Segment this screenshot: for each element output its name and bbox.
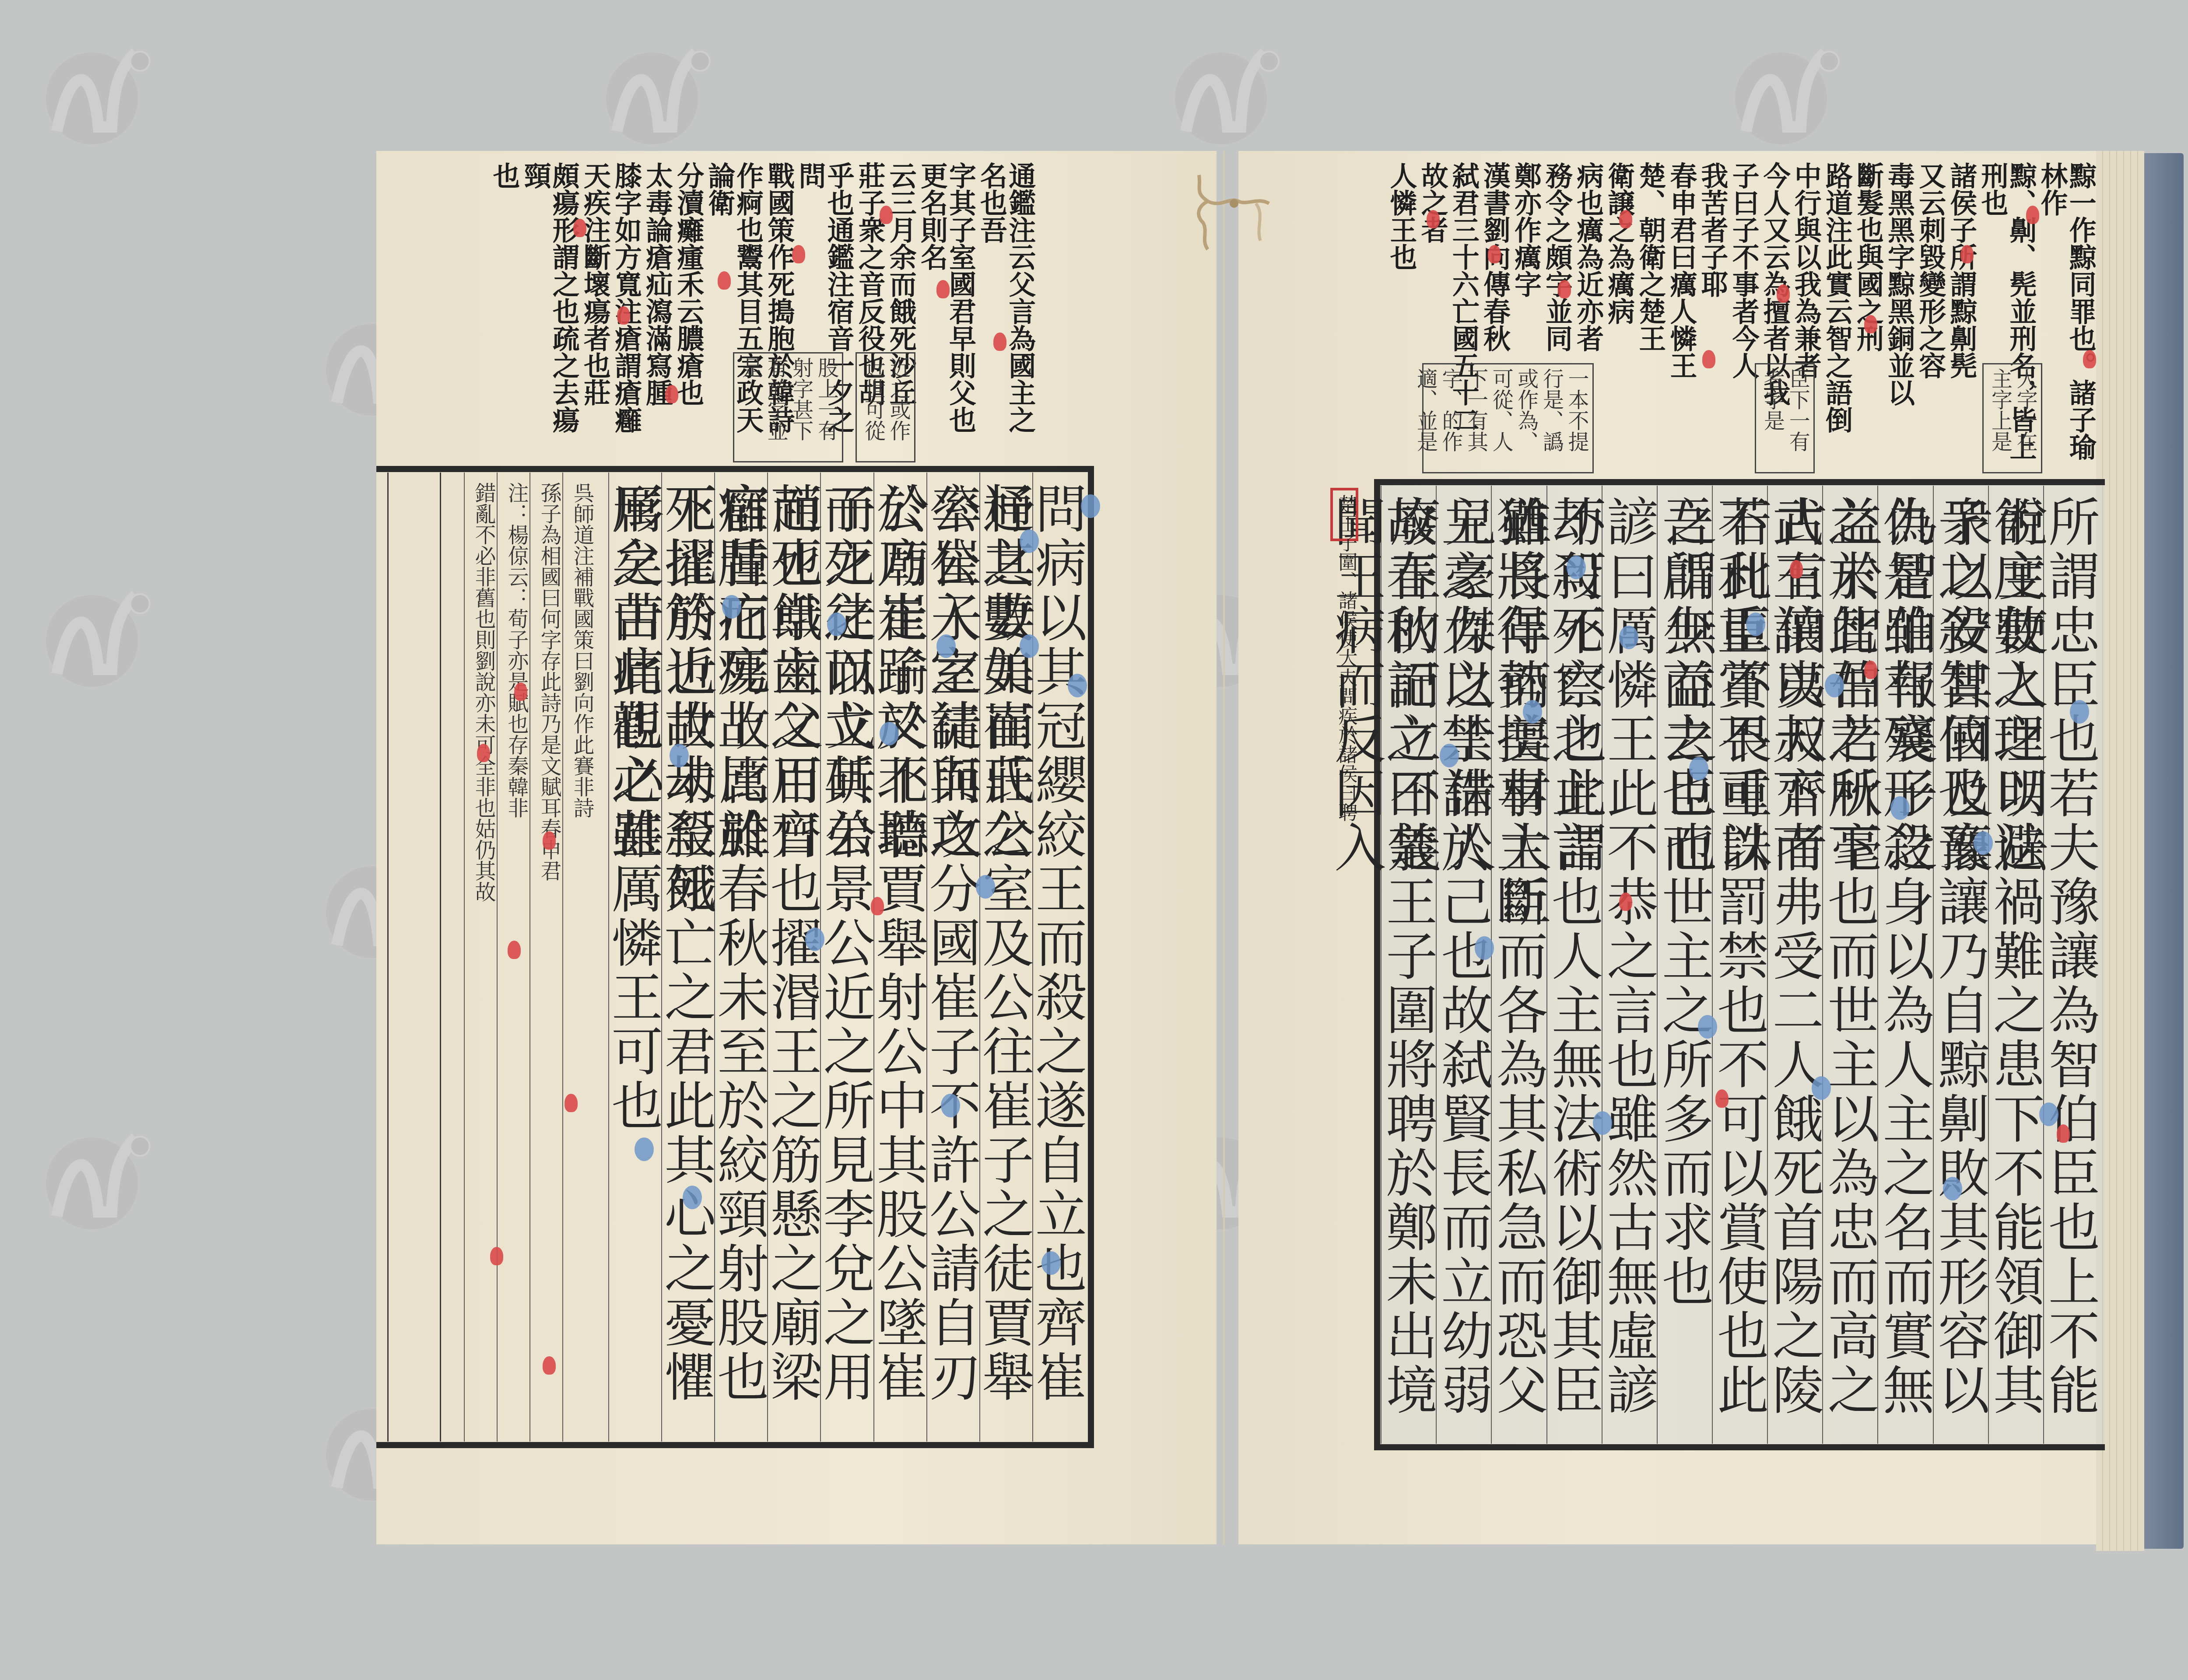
blue-punctuation-mark [1041,1251,1061,1275]
red-punctuation-mark [490,1247,503,1265]
left-note-box-2: 股上一有射字甚下有於字並是 [733,352,843,462]
handwritten-note-column: 斷髮也與國之刑 [1854,162,1882,468]
left-page-ruled-blank-column [387,472,389,1442]
handwritten-note-column: 頗瘍形謂之也疏之去瘍頸 [521,162,578,459]
blue-punctuation-mark [1020,529,1039,553]
red-punctuation-mark [1715,1089,1729,1108]
handwritten-note-column: 黥一作黥同罪也。諸子瑜林作 [2038,162,2095,468]
blue-punctuation-mark [941,1094,960,1117]
right-note-box-3: 一本不提行是、譌或作為、可從、人下一有其字、的作適、並是 [1422,363,1594,473]
handwritten-note-column: 楚、朝衛之楚王 [1636,162,1665,468]
red-punctuation-mark [1488,245,1501,263]
red-punctuation-mark [1864,315,1877,333]
blue-punctuation-mark [1567,556,1586,579]
red-punctuation-mark [1790,560,1803,578]
red-punctuation-mark [1864,661,1877,679]
handwritten-note-column: 也 [490,162,519,459]
right-note-box-1: 人字一在主字上是 [1982,363,2042,473]
handwritten-note-column: 通鑑注云父言為國主之名也吾 [978,162,1034,459]
handwritten-note-column: 諸侯子所謂黥劓髡 [1947,162,1976,468]
handwritten-note-column: 天疾注斷壞瘍者也莊 [581,162,609,459]
blue-punctuation-mark [1081,494,1100,518]
red-punctuation-mark [1427,210,1440,228]
commentary-column: 孫子為相國曰何字存此詩乃是文賦耳春申君 [529,472,562,1442]
red-punctuation-mark [573,219,586,237]
red-punctuation-mark [1619,892,1632,911]
binding-thread-icon [1182,166,1282,254]
handwritten-note-column: 子曰子不事者今人 [1729,162,1758,468]
blue-punctuation-mark [722,595,741,619]
text-column: 問病以其冠纓絞王而殺之遂自立也齊崔杼其妻美而莊公 [1032,472,1085,1442]
left-note-box-1: 近之或作近世可從 [856,352,915,462]
red-punctuation-mark [1702,350,1715,368]
blue-punctuation-mark [670,744,689,767]
blue-punctuation-mark [827,612,846,636]
blue-punctuation-mark [1593,1111,1612,1135]
blue-punctuation-mark [1698,1015,1717,1039]
blue-punctuation-mark [635,1137,654,1161]
blue-punctuation-mark [976,875,995,899]
nishogakusha-logo-icon [1155,26,1287,157]
red-punctuation-mark [543,1356,556,1375]
blue-punctuation-mark [2039,1102,2058,1126]
book-spine-gutter [1223,151,1225,1544]
handwritten-note-column: 分瀆癱瘇禾云膿瘡也 [674,162,703,459]
red-punctuation-mark [2026,206,2039,224]
red-punctuation-mark [1558,280,1571,298]
handwritten-note-column: 太毒論瘡疝瀉滿寫腫 [643,162,671,459]
left-page-ruled-blank-column [440,472,441,1442]
blue-punctuation-mark [880,722,899,745]
blue-punctuation-mark [936,634,956,658]
blue-punctuation-mark [1746,612,1765,636]
blue-punctuation-mark [1020,634,1039,658]
blue-punctuation-mark [1974,831,1993,855]
red-punctuation-mark [880,206,893,224]
blue-punctuation-mark [2070,700,2089,724]
blue-punctuation-mark [1475,936,1494,960]
handwritten-note-column: 春申君曰癘人憐王 [1667,162,1696,468]
red-punctuation-mark [792,245,805,263]
red-punctuation-mark [665,385,678,403]
blue-punctuation-mark [805,927,824,951]
blue-punctuation-mark [683,1186,702,1209]
blue-punctuation-mark [1812,1076,1831,1100]
handwritten-note-column: 衛譲之為癘病 [1605,162,1634,468]
red-punctuation-mark [514,682,527,701]
red-punctuation-mark [871,897,884,915]
handwritten-note-column: 路道注此實云智之語倒 [1823,162,1851,468]
right-left-margin-note: 楚王子圍、諸侯使大夫問疾於諸侯曰聘 [1335,494,1357,844]
text-column: 所謂忠臣也若夫豫讓為智伯臣也上不能說主使人之明法 [2043,486,2098,1444]
left-main-text: 問病以其冠纓絞王而殺之遂自立也齊崔杼其妻美而莊公通之數如崔氏之室及公往崔子之徒賈… [608,472,1085,1442]
handwritten-note-column: 又云刺毀變形之容 [1916,162,1945,468]
handwritten-note-column: 人憐王也 [1387,162,1416,468]
red-punctuation-mark [543,831,556,850]
nishogakusha-logo-icon [26,1111,158,1242]
blue-punctuation-mark [1068,674,1087,697]
commentary-column: 呉師道注補戰國策曰劉向作此賽非詩 [562,472,595,1442]
red-punctuation-mark [936,280,950,298]
red-punctuation-mark [1960,245,1974,263]
blue-punctuation-mark [1523,700,1542,724]
red-punctuation-mark [1619,210,1632,228]
blue-punctuation-mark [1440,744,1459,767]
blue-punctuation-mark [1890,796,1910,820]
red-punctuation-mark [617,306,630,325]
right-note-box-2: 臣下一有者字是 [1755,363,1815,473]
handwritten-note-column: 字其子室國君早則父也更名則名 [918,162,975,459]
red-punctuation-mark [1777,284,1790,303]
red-punctuation-mark [508,941,521,959]
left-margin-commentary: 呉師道注補戰國策曰劉向作此賽非詩孫子為相國曰何字存此詩乃是文賦耳春申君注：楊倞云… [464,472,595,1442]
nishogakusha-logo-icon [26,26,158,157]
blue-punctuation-mark [1619,626,1638,649]
red-punctuation-mark [477,744,490,762]
nishogakusha-logo-icon [586,26,718,157]
red-punctuation-mark [718,271,731,290]
book-cover-edge [2144,153,2184,1549]
commentary-column: 錯亂不必非舊也則劉說亦未可全非也姑仍其故 [464,472,497,1442]
red-punctuation-mark [2057,1124,2070,1143]
red-punctuation-mark [565,1094,578,1112]
nishogakusha-logo-icon [1715,26,1847,157]
handwritten-note-column: 我苦者子耶 [1698,162,1727,468]
red-punctuation-mark [993,332,1006,351]
blue-punctuation-mark [1943,1177,1962,1200]
blue-punctuation-mark [1825,674,1844,697]
blue-punctuation-mark [1689,757,1708,780]
nishogakusha-logo-icon [26,569,158,700]
handwritten-note-column: 毒黑黑字黥黑銅並以 [1885,162,1914,468]
red-punctuation-mark [2083,350,2096,368]
right-main-text: 所謂忠臣也若夫豫讓為智伯臣也上不能說主使人之明法術度數之理以避禍難之患下不能領御… [1381,486,2098,1444]
